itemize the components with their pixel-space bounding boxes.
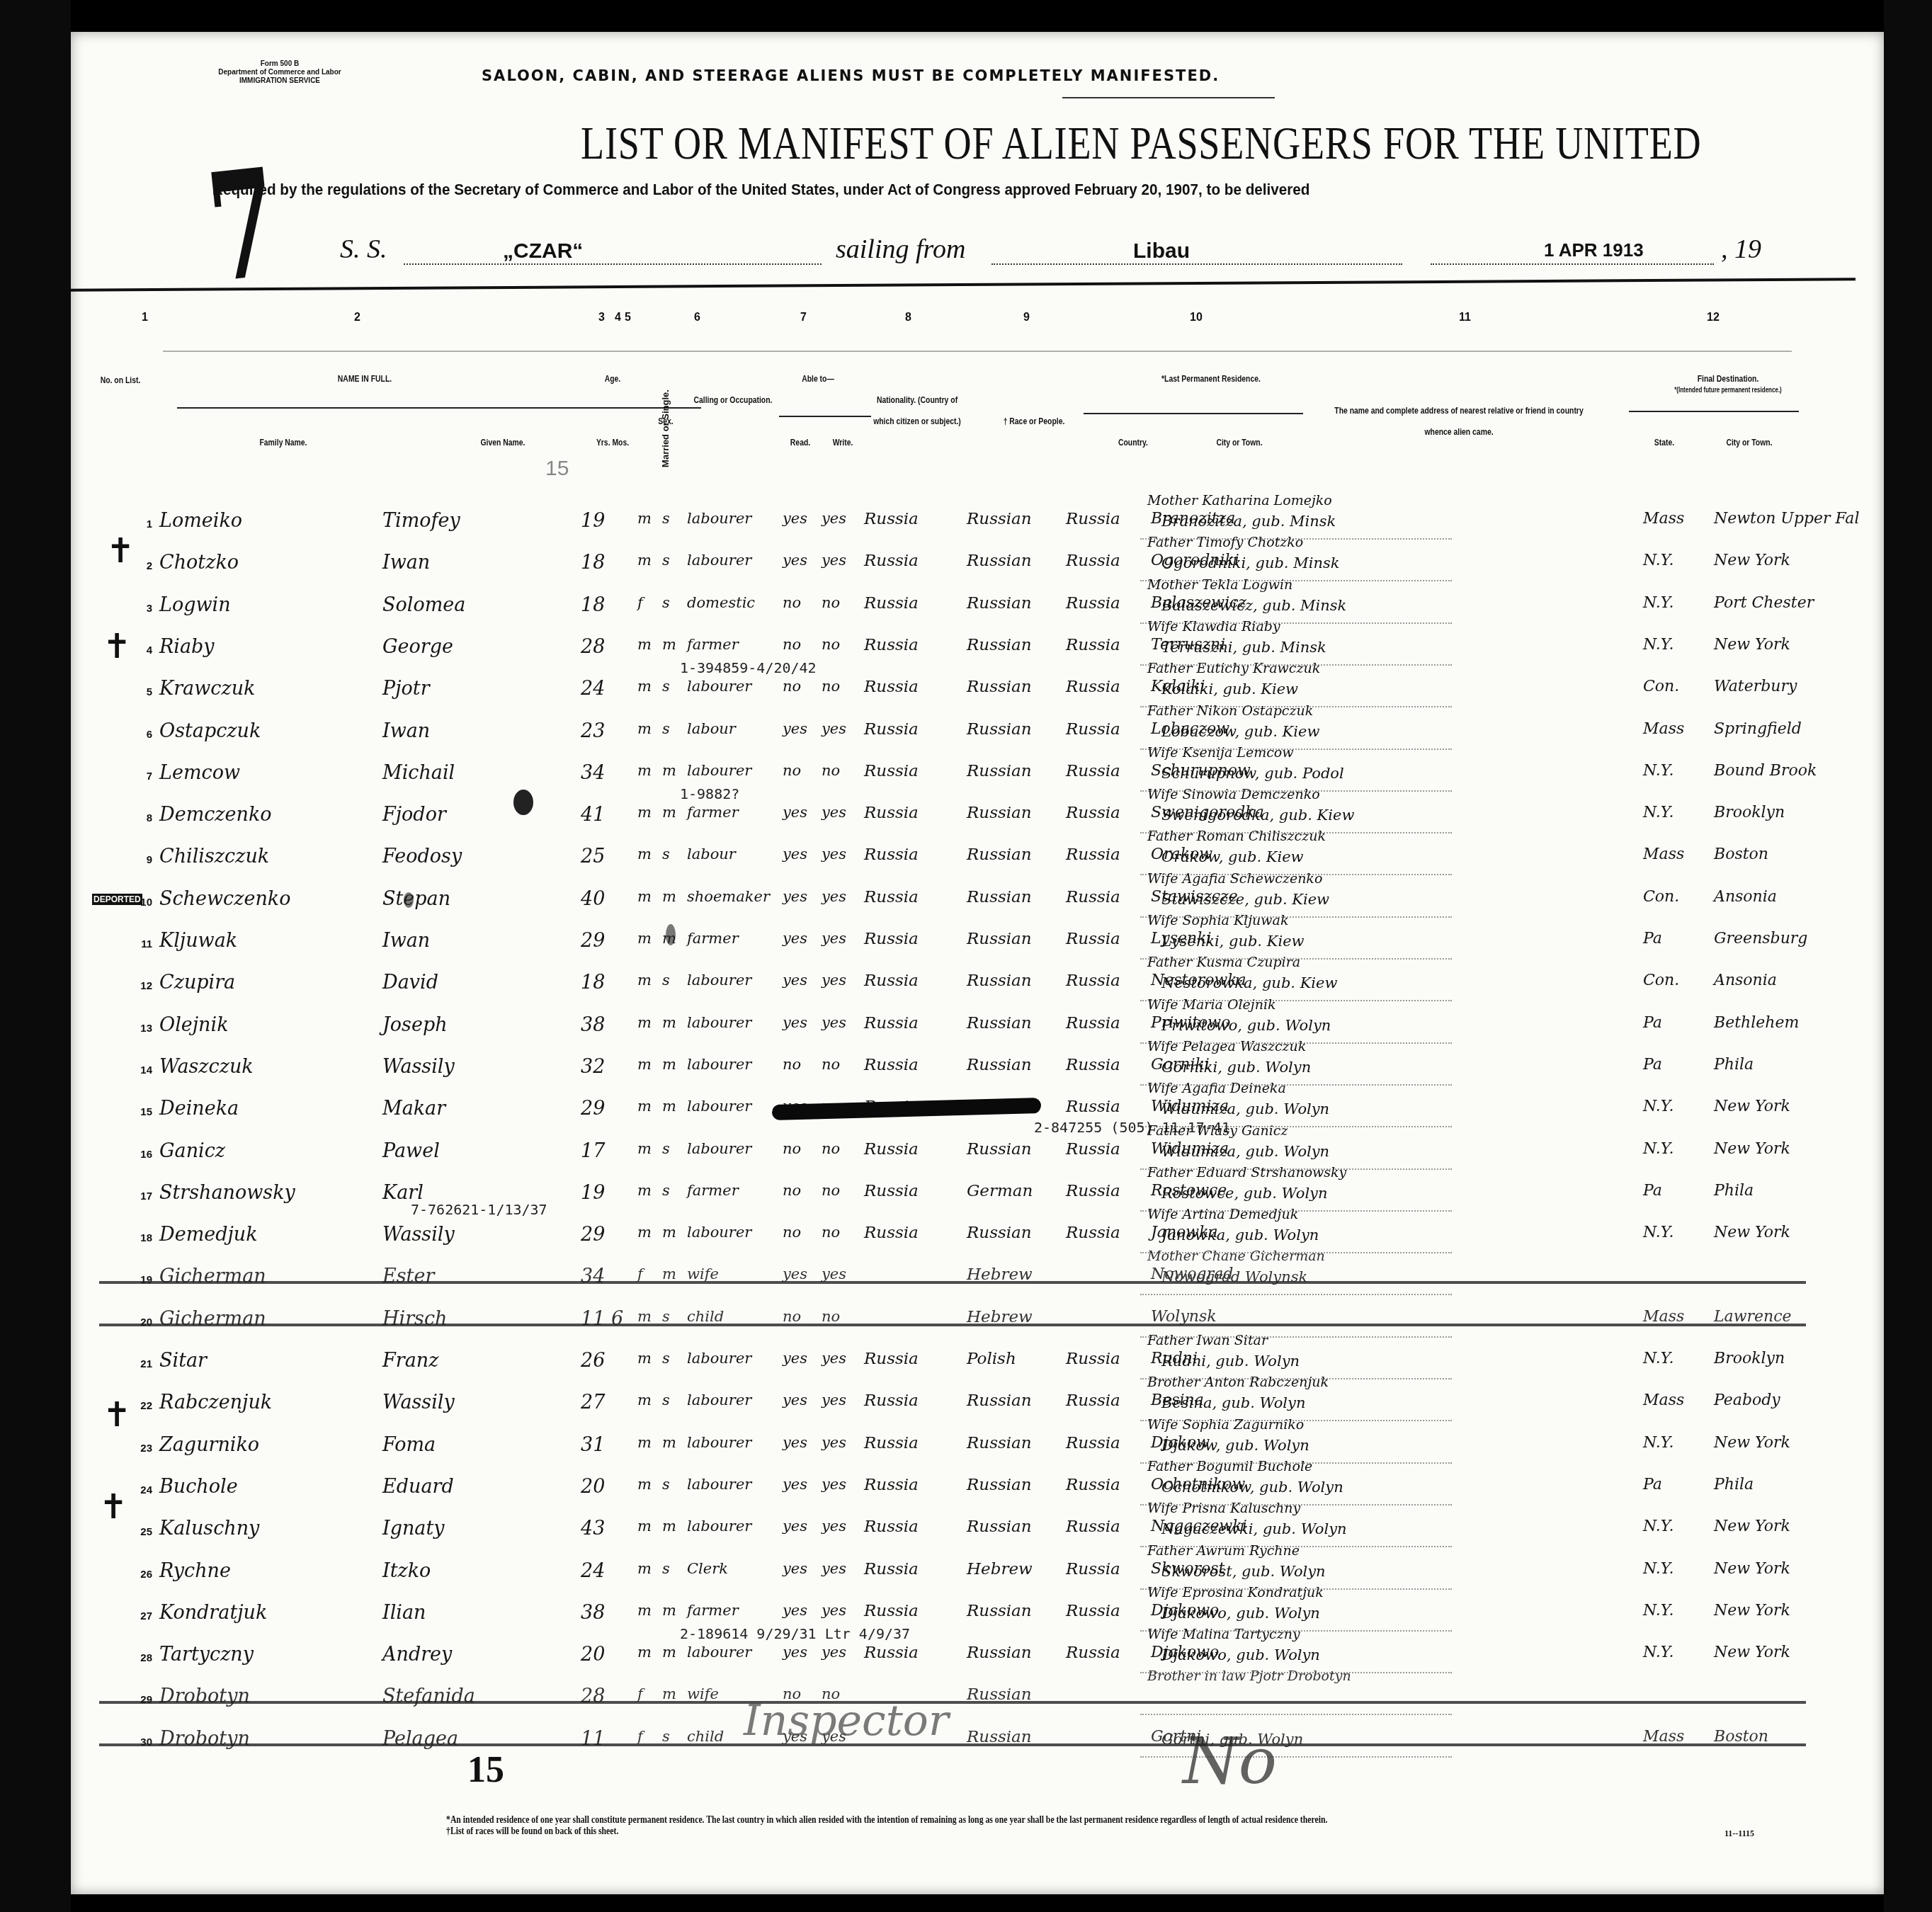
- row-dotted-rule: [1140, 1714, 1452, 1715]
- col-num-8: 8: [905, 312, 911, 324]
- given-name: Pelagea: [382, 1728, 458, 1750]
- can-read: yes: [783, 1350, 807, 1367]
- header-name-in-full: NAME IN FULL.: [300, 372, 430, 386]
- sex: f: [637, 1685, 643, 1702]
- naturalization-annotation: 1-9882?: [680, 785, 739, 802]
- dest-city: Phila: [1714, 1056, 1754, 1074]
- date-stamp: 1 APR 1913: [1544, 239, 1644, 261]
- passenger-row: 24BucholeEduard20mslaboureryesyesRussiaR…: [71, 1469, 1884, 1508]
- occupation: Clerk: [687, 1560, 728, 1577]
- dest-city: Peabody: [1714, 1392, 1780, 1409]
- occupation: labourer: [687, 1434, 751, 1451]
- marital-status: m: [662, 1434, 676, 1451]
- age: 29: [581, 1224, 605, 1246]
- can-read: no: [783, 594, 801, 611]
- age: 28: [581, 1685, 605, 1707]
- sex: m: [637, 1098, 652, 1115]
- header-able-to: Able to—: [787, 372, 849, 386]
- can-read: no: [783, 636, 801, 653]
- naturalization-annotation: 1-394859-4/20/42: [680, 659, 817, 676]
- marital-status: s: [662, 678, 670, 695]
- dest-state: N.Y.: [1643, 1434, 1674, 1452]
- marital-status: s: [662, 510, 670, 527]
- passenger-row: 2ChotzkoIwan18mslaboureryesyesRussiaRuss…: [71, 545, 1884, 584]
- sex: m: [637, 720, 652, 737]
- col-num-2: 2: [354, 312, 360, 324]
- can-read: yes: [783, 1434, 807, 1451]
- can-write: yes: [822, 552, 846, 569]
- occupation: shoemaker: [687, 888, 770, 905]
- strikethrough-line: [99, 1281, 1806, 1284]
- ink-blot: [404, 892, 414, 908]
- can-write: yes: [822, 1434, 846, 1451]
- relative-address: Skworost, gub. Wolyn: [1161, 1563, 1326, 1580]
- strikethrough-line: [99, 1701, 1806, 1704]
- family-name: Demczenko: [159, 804, 272, 826]
- row-number: 29: [138, 1694, 152, 1706]
- nearest-relative: Wife Agafia Schewczenko: [1147, 871, 1322, 887]
- occupation: labourer: [687, 1098, 751, 1115]
- family-name: Krawczuk: [159, 678, 255, 700]
- row-number: 6: [138, 729, 152, 741]
- destination-rule: [1629, 411, 1799, 412]
- nearest-relative: Father Roman Chiliszczuk: [1147, 829, 1326, 844]
- age: 34: [581, 1265, 605, 1287]
- nationality: Russia: [864, 1392, 919, 1410]
- relative-address: Schurupnow, gub. Podol: [1161, 765, 1344, 782]
- row-number: 9: [138, 854, 152, 866]
- nearest-relative: Mother Tekla Logwin: [1147, 577, 1292, 593]
- dest-city: Springfield: [1714, 720, 1802, 738]
- occupation: wife: [687, 1685, 719, 1702]
- residence-country: Russia: [1066, 552, 1120, 570]
- passenger-row: 29DrobotynStefanida28fmwifenonoRussianBr…: [71, 1678, 1884, 1718]
- given-name: Foma: [382, 1434, 436, 1456]
- year-label: , 19: [1721, 234, 1761, 265]
- cross-mark-icon: ✝: [99, 1487, 127, 1527]
- passenger-row: 20GichermanHirsch11 6mschildnonoHebrewWo…: [71, 1301, 1884, 1341]
- sex: m: [637, 510, 652, 527]
- dest-state: N.Y.: [1643, 1350, 1674, 1367]
- passenger-row: 18DemedjukWassily29mmlabourernonoRussiaR…: [71, 1217, 1884, 1256]
- strikethrough-line: [99, 1743, 1806, 1746]
- passenger-row: 10SchewczenkoStepan40mmshoemakeryesyesRu…: [71, 881, 1884, 921]
- age: 43: [581, 1518, 605, 1540]
- dest-state: N.Y.: [1643, 1602, 1674, 1620]
- race: Russian: [967, 762, 1032, 780]
- relative-address: Widumiza, gub. Wolyn: [1161, 1100, 1329, 1117]
- residence-country: Russia: [1066, 1644, 1120, 1662]
- deported-stamp: DEPORTED: [92, 894, 142, 905]
- residence-country: Russia: [1066, 1518, 1120, 1536]
- dest-state: Con.: [1643, 888, 1679, 906]
- row-number: 30: [138, 1736, 152, 1748]
- given-name: Hirsch: [382, 1308, 447, 1330]
- dest-state: Pa: [1643, 1014, 1662, 1032]
- colnum-rule: [163, 351, 1792, 352]
- family-name: Sitar: [159, 1350, 207, 1372]
- age: 11: [581, 1728, 605, 1750]
- given-name: Michail: [382, 762, 455, 784]
- age: 23: [581, 720, 605, 742]
- col-num-9: 9: [1023, 312, 1030, 324]
- occupation: labourer: [687, 972, 751, 989]
- dest-city: New York: [1714, 1560, 1790, 1578]
- nearest-relative: Father Timofy Chotzko: [1147, 535, 1303, 550]
- can-read: yes: [783, 930, 807, 947]
- header-country: Country.: [1105, 436, 1161, 450]
- age: 18: [581, 972, 605, 994]
- marital-status: m: [662, 1056, 676, 1073]
- family-name: Kljuwak: [159, 930, 237, 952]
- header-state: State.: [1642, 436, 1687, 450]
- can-read: no: [783, 1308, 801, 1325]
- nearest-relative: Father Eutichy Krawczuk: [1147, 661, 1320, 676]
- row-number: 25: [138, 1526, 152, 1538]
- passenger-row: 22RabczenjukWassily27mslaboureryesyesRus…: [71, 1384, 1884, 1424]
- inspector-signature: Inspector: [744, 1696, 949, 1746]
- nationality: Russia: [864, 1350, 919, 1368]
- passenger-row: 26RychneItzko24msClerkyesyesRussiaHebrew…: [71, 1553, 1884, 1593]
- passenger-row: 25KaluschnyIgnaty43mmlaboureryesyesRussi…: [71, 1510, 1884, 1550]
- family-name: Gicherman: [159, 1308, 266, 1330]
- dest-state: N.Y.: [1643, 1140, 1674, 1158]
- occupation: domestic: [687, 594, 755, 611]
- dest-state: Mass: [1643, 1392, 1684, 1409]
- can-write: yes: [822, 930, 846, 947]
- header-no-on-list: No. on List.: [81, 372, 160, 389]
- can-read: no: [783, 1140, 801, 1157]
- residence-country: Russia: [1066, 510, 1120, 528]
- nationality: Russia: [864, 678, 919, 696]
- occupation: labourer: [687, 1518, 751, 1535]
- given-name: Ignaty: [382, 1518, 445, 1540]
- occupation: labourer: [687, 1350, 751, 1367]
- dest-city: New York: [1714, 1140, 1790, 1158]
- passenger-row: 17StrshanowskyKarl19msfarmernonoRussiaGe…: [71, 1175, 1884, 1214]
- nationality: Russia: [864, 804, 919, 822]
- col-num-7: 7: [800, 312, 807, 324]
- nationality: Russia: [864, 1644, 919, 1662]
- sex: m: [637, 1392, 652, 1409]
- nearest-relative: Father Nikon Ostapczuk: [1147, 703, 1313, 719]
- occupation: labourer: [687, 552, 751, 569]
- occupation: labourer: [687, 1476, 751, 1493]
- col-num-5: 5: [625, 312, 631, 324]
- dest-state: N.Y.: [1643, 1518, 1674, 1535]
- family-name: Lomeiko: [159, 510, 242, 532]
- marital-status: s: [662, 720, 670, 737]
- nearest-relative: Mother Katharina Lomejko: [1147, 493, 1332, 508]
- given-name: Ester: [382, 1265, 434, 1287]
- family-name: Lemcow: [159, 762, 240, 784]
- passenger-row: 30DrobotynPelagea11fschildyesyesRussianG…: [71, 1721, 1884, 1760]
- marital-status: s: [662, 1140, 670, 1157]
- sex: m: [637, 552, 652, 569]
- marital-status: s: [662, 552, 670, 569]
- given-name: Iwan: [382, 720, 430, 742]
- dest-state: N.Y.: [1643, 552, 1674, 569]
- dest-state: N.Y.: [1643, 1098, 1674, 1115]
- family-name: Chotzko: [159, 552, 239, 574]
- dest-city: New York: [1714, 1224, 1790, 1241]
- form-department: Department of Commerce and Labor: [209, 69, 351, 77]
- occupation: farmer: [687, 804, 739, 821]
- can-write: yes: [822, 888, 846, 905]
- can-read: yes: [783, 1265, 807, 1282]
- naturalization-annotation: 7-762621-1/13/37: [411, 1201, 547, 1218]
- footnotes: *An intended residence of one year shall…: [446, 1815, 1327, 1838]
- occupation: labourer: [687, 1224, 751, 1241]
- nearest-relative: Father Bogumil Buchole: [1147, 1459, 1312, 1474]
- marital-status: m: [662, 1518, 676, 1535]
- dest-state: N.Y.: [1643, 636, 1674, 654]
- marital-status: s: [662, 1392, 670, 1409]
- relative-address: Djakowo, gub. Wolyn: [1161, 1646, 1320, 1663]
- race: Russian: [967, 1602, 1032, 1620]
- given-name: Iwan: [382, 930, 430, 952]
- nationality: Russia: [864, 972, 919, 990]
- cross-mark-icon: ✝: [103, 1395, 131, 1435]
- can-write: yes: [822, 804, 846, 821]
- residence-country: Russia: [1066, 846, 1120, 864]
- relative-address: Janowka, gub. Wolyn: [1161, 1227, 1319, 1244]
- race: Russian: [967, 1644, 1032, 1662]
- header-relative: The name and complete address of nearest…: [1334, 400, 1584, 443]
- race: Russian: [967, 972, 1032, 990]
- can-write: yes: [822, 1392, 846, 1409]
- race: Russian: [967, 1140, 1032, 1159]
- naturalization-annotation: 2-189614 9/29/31 Ltr 4/9/37: [680, 1625, 910, 1642]
- occupation: child: [687, 1308, 724, 1325]
- family-name: Rychne: [159, 1560, 231, 1582]
- can-read: no: [783, 1224, 801, 1241]
- nationality: Russia: [864, 1476, 919, 1494]
- race: Russian: [967, 1224, 1032, 1242]
- family-name: Tartyczny: [159, 1644, 254, 1666]
- col-num-10: 10: [1190, 312, 1203, 324]
- can-read: yes: [783, 1392, 807, 1409]
- age: 24: [581, 678, 605, 700]
- sex: m: [637, 888, 652, 905]
- strikethrough-line: [99, 1324, 1806, 1326]
- can-read: yes: [783, 1602, 807, 1619]
- dest-city: Boston: [1714, 846, 1768, 863]
- residence-country: Russia: [1066, 930, 1120, 948]
- marital-status: m: [662, 1224, 676, 1241]
- row-number: 1: [138, 518, 152, 530]
- residence-country: Russia: [1066, 1056, 1120, 1074]
- can-write: no: [822, 1056, 840, 1073]
- nearest-relative: Wife Sophia Kljuwak: [1147, 913, 1288, 928]
- occupation: labourer: [687, 1140, 751, 1157]
- footnote-residence: *An intended residence of one year shall…: [446, 1815, 1327, 1826]
- marital-status: m: [662, 762, 676, 779]
- dest-city: Phila: [1714, 1476, 1754, 1493]
- given-name: Stefanida: [382, 1685, 475, 1707]
- residence-country: Russia: [1066, 1224, 1120, 1242]
- row-number: 23: [138, 1442, 152, 1455]
- can-write: no: [822, 1308, 840, 1325]
- dest-state: N.Y.: [1643, 762, 1674, 780]
- relative-address: Swenigorodka, gub. Kiew: [1161, 807, 1354, 824]
- race: Russian: [967, 594, 1032, 613]
- occupation: labourer: [687, 1392, 751, 1409]
- sex: m: [637, 1560, 652, 1577]
- row-number: 20: [138, 1316, 152, 1328]
- can-write: yes: [822, 720, 846, 737]
- ink-blot: [513, 790, 533, 815]
- sex: m: [637, 1644, 652, 1661]
- given-name: David: [382, 972, 438, 994]
- age: 27: [581, 1392, 605, 1413]
- given-name: Wassily: [382, 1056, 455, 1078]
- dest-city: Brooklyn: [1714, 1350, 1785, 1367]
- family-name: Strshanowsky: [159, 1182, 295, 1204]
- can-read: yes: [783, 1476, 807, 1493]
- can-write: yes: [822, 1602, 846, 1619]
- sex: f: [637, 594, 643, 611]
- sex: m: [637, 1308, 652, 1325]
- relative-address: Orakow, gub. Kiew: [1161, 848, 1304, 865]
- relative-address: Lobaczow, gub. Kiew: [1161, 723, 1319, 740]
- can-write: yes: [822, 1476, 846, 1493]
- given-name: George: [382, 636, 453, 658]
- can-write: yes: [822, 1265, 846, 1282]
- dest-state: Pa: [1643, 1182, 1662, 1200]
- nearest-relative: Father Eduard Strshanowsky: [1147, 1165, 1346, 1180]
- given-name: Ilian: [382, 1602, 426, 1624]
- can-write: yes: [822, 1644, 846, 1661]
- manifest-page: Form 500 B Department of Commerce and La…: [71, 32, 1884, 1894]
- dest-state: N.Y.: [1643, 804, 1674, 821]
- page-title: LIST OR MANIFEST OF ALIEN PASSENGERS FOR…: [581, 117, 1701, 171]
- residence-country: Russia: [1066, 1098, 1120, 1116]
- occupation: farmer: [687, 636, 739, 653]
- residence-country: Russia: [1066, 1140, 1120, 1159]
- family-name: Deineka: [159, 1098, 239, 1120]
- header-city-town: City or Town.: [1205, 436, 1273, 450]
- date-dotline: [1431, 263, 1714, 265]
- passenger-row: 3LogwinSolomea18fsdomesticnonoRussiaRuss…: [71, 587, 1884, 627]
- nearest-relative: Wife Prisna Kaluschny: [1147, 1501, 1300, 1516]
- scan-border-left: [0, 0, 71, 1912]
- relative-address: Lysenki, gub. Kiew: [1161, 933, 1305, 950]
- can-read: yes: [783, 846, 807, 863]
- can-write: no: [822, 1182, 840, 1199]
- marital-status: s: [662, 1476, 670, 1493]
- family-name: Drobotyn: [159, 1728, 250, 1750]
- nationality: Russia: [864, 720, 919, 739]
- dest-state: N.Y.: [1643, 1644, 1674, 1661]
- dest-state: Con.: [1643, 972, 1679, 989]
- relative-address: Besina, gub. Wolyn: [1161, 1394, 1305, 1411]
- dest-city: New York: [1714, 1434, 1790, 1452]
- passenger-row: 21SitarFranz26mslaboureryesyesRussiaPoli…: [71, 1343, 1884, 1382]
- ss-label: S. S.: [340, 234, 387, 265]
- dest-city: New York: [1714, 1644, 1790, 1661]
- passenger-row: 23ZagurnikoFoma31mmlaboureryesyesRussiaR…: [71, 1427, 1884, 1467]
- age: 17: [581, 1140, 605, 1162]
- banner-rule: [1062, 97, 1275, 98]
- col-num-1: 1: [142, 312, 148, 324]
- family-name: Logwin: [159, 594, 231, 616]
- relative-address: Widumiza, gub. Wolyn: [1161, 1143, 1329, 1160]
- sex: m: [637, 804, 652, 821]
- can-read: yes: [783, 804, 807, 821]
- residence-country: Russia: [1066, 678, 1120, 696]
- dest-city: New York: [1714, 552, 1790, 569]
- race: Russian: [967, 636, 1032, 654]
- age: 18: [581, 552, 605, 574]
- sex: m: [637, 1350, 652, 1367]
- dest-state: Mass: [1643, 846, 1684, 863]
- row-number: 21: [138, 1358, 152, 1370]
- row-number: 19: [138, 1274, 152, 1286]
- race: Russian: [967, 720, 1032, 739]
- can-read: yes: [783, 1014, 807, 1031]
- age: 20: [581, 1644, 605, 1666]
- header-rule: [71, 278, 1856, 291]
- race: Russian: [967, 510, 1032, 528]
- sex: m: [637, 1014, 652, 1031]
- sex: m: [637, 972, 652, 989]
- relative-address: Rudni, gub. Wolyn: [1161, 1353, 1300, 1370]
- residence-country: Russia: [1066, 1182, 1120, 1200]
- nationality: Russia: [864, 1056, 919, 1074]
- race: Hebrew: [967, 1560, 1033, 1578]
- row-number: 3: [138, 603, 152, 615]
- race: Russian: [967, 804, 1032, 822]
- nationality: Russia: [864, 1560, 919, 1578]
- occupation: labourer: [687, 510, 751, 527]
- cross-mark-icon: ✝: [106, 531, 135, 571]
- sex: m: [637, 1056, 652, 1073]
- footnote-races: †List of races will be found on back of …: [446, 1826, 1327, 1838]
- age: 32: [581, 1056, 605, 1078]
- given-name: Solomea: [382, 594, 465, 616]
- passenger-row: 13OlejnikJoseph38mmlaboureryesyesRussiaR…: [71, 1007, 1884, 1047]
- occupation: labourer: [687, 1644, 751, 1661]
- residence-country: Russia: [1066, 762, 1120, 780]
- marital-status: s: [662, 846, 670, 863]
- can-read: no: [783, 1056, 801, 1073]
- sex: m: [637, 1434, 652, 1451]
- row-number: 13: [138, 1023, 152, 1035]
- can-write: yes: [822, 1560, 846, 1577]
- passenger-row: 5KrawczukPjotr24mslabourernonoRussiaRuss…: [71, 671, 1884, 710]
- nationality: Russia: [864, 1224, 919, 1242]
- nationality: Russia: [864, 1140, 919, 1159]
- dest-city: Bethlehem: [1714, 1014, 1799, 1032]
- residence-country: Russia: [1066, 594, 1120, 613]
- passenger-row: 7LemcowMichail34mmlabourernonoRussiaRuss…: [71, 755, 1884, 795]
- marital-status: m: [662, 888, 676, 905]
- occupation: labour: [687, 720, 736, 737]
- can-read: no: [783, 678, 801, 695]
- nationality: Russia: [864, 552, 919, 570]
- given-name: Iwan: [382, 552, 430, 574]
- marital-status: m: [662, 1098, 676, 1115]
- nationality: Russia: [864, 888, 919, 906]
- relative-address: Terruszni, gub. Minsk: [1161, 639, 1326, 656]
- given-name: Timofey: [382, 510, 460, 532]
- race: Russian: [967, 1014, 1032, 1032]
- age: 34: [581, 762, 605, 784]
- relative-address: Djakowo, gub. Wolyn: [1161, 1605, 1320, 1622]
- can-read: yes: [783, 1518, 807, 1535]
- marital-status: m: [662, 1265, 676, 1282]
